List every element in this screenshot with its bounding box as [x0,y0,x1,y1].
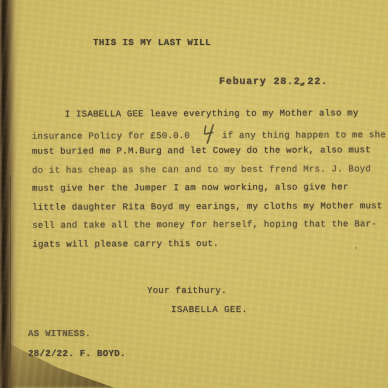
handwritten-ink-mark-icon [202,123,217,144]
witness-heading: AS WITNESS. [28,329,91,339]
will-document-photo: THIS IS MY LAST WILL Febuary 28.2.22. I … [0,0,388,388]
body-line: insurance Policy for £50.0.0if any thing… [32,123,366,143]
testator-signature: ISABELLA GEE. [171,305,248,315]
body-line: I ISABELLA GEE leave everything to my Mo… [32,104,366,124]
will-body-paragraph: I ISABELLA GEE leave everything to my Mo… [32,104,367,253]
body-line: little daughter Rita Boyd my earings, my… [32,197,366,217]
body-line-segment: insurance Policy for £50.0.0 [32,131,190,142]
will-heading: THIS IS MY LAST WILL [93,38,211,48]
closing-salutation: Your faithury. [147,286,227,296]
body-line: sell and take all the money for herself,… [32,215,366,235]
book-binding-edge [0,0,22,388]
body-line: must buried me P.M.Burg and let Cowey do… [32,141,366,161]
witness-signature: 28/2/22. F. BOYD. [28,349,126,359]
body-line: do it has cheap as she can and to my bes… [32,160,366,180]
will-date: Febuary 28.2.22. [219,77,328,88]
body-line: igats will please carry this out. [32,234,366,254]
body-line: must give her the Jumper I am now workin… [32,178,366,198]
body-line-segment: if any thing happen to me she [222,130,386,141]
